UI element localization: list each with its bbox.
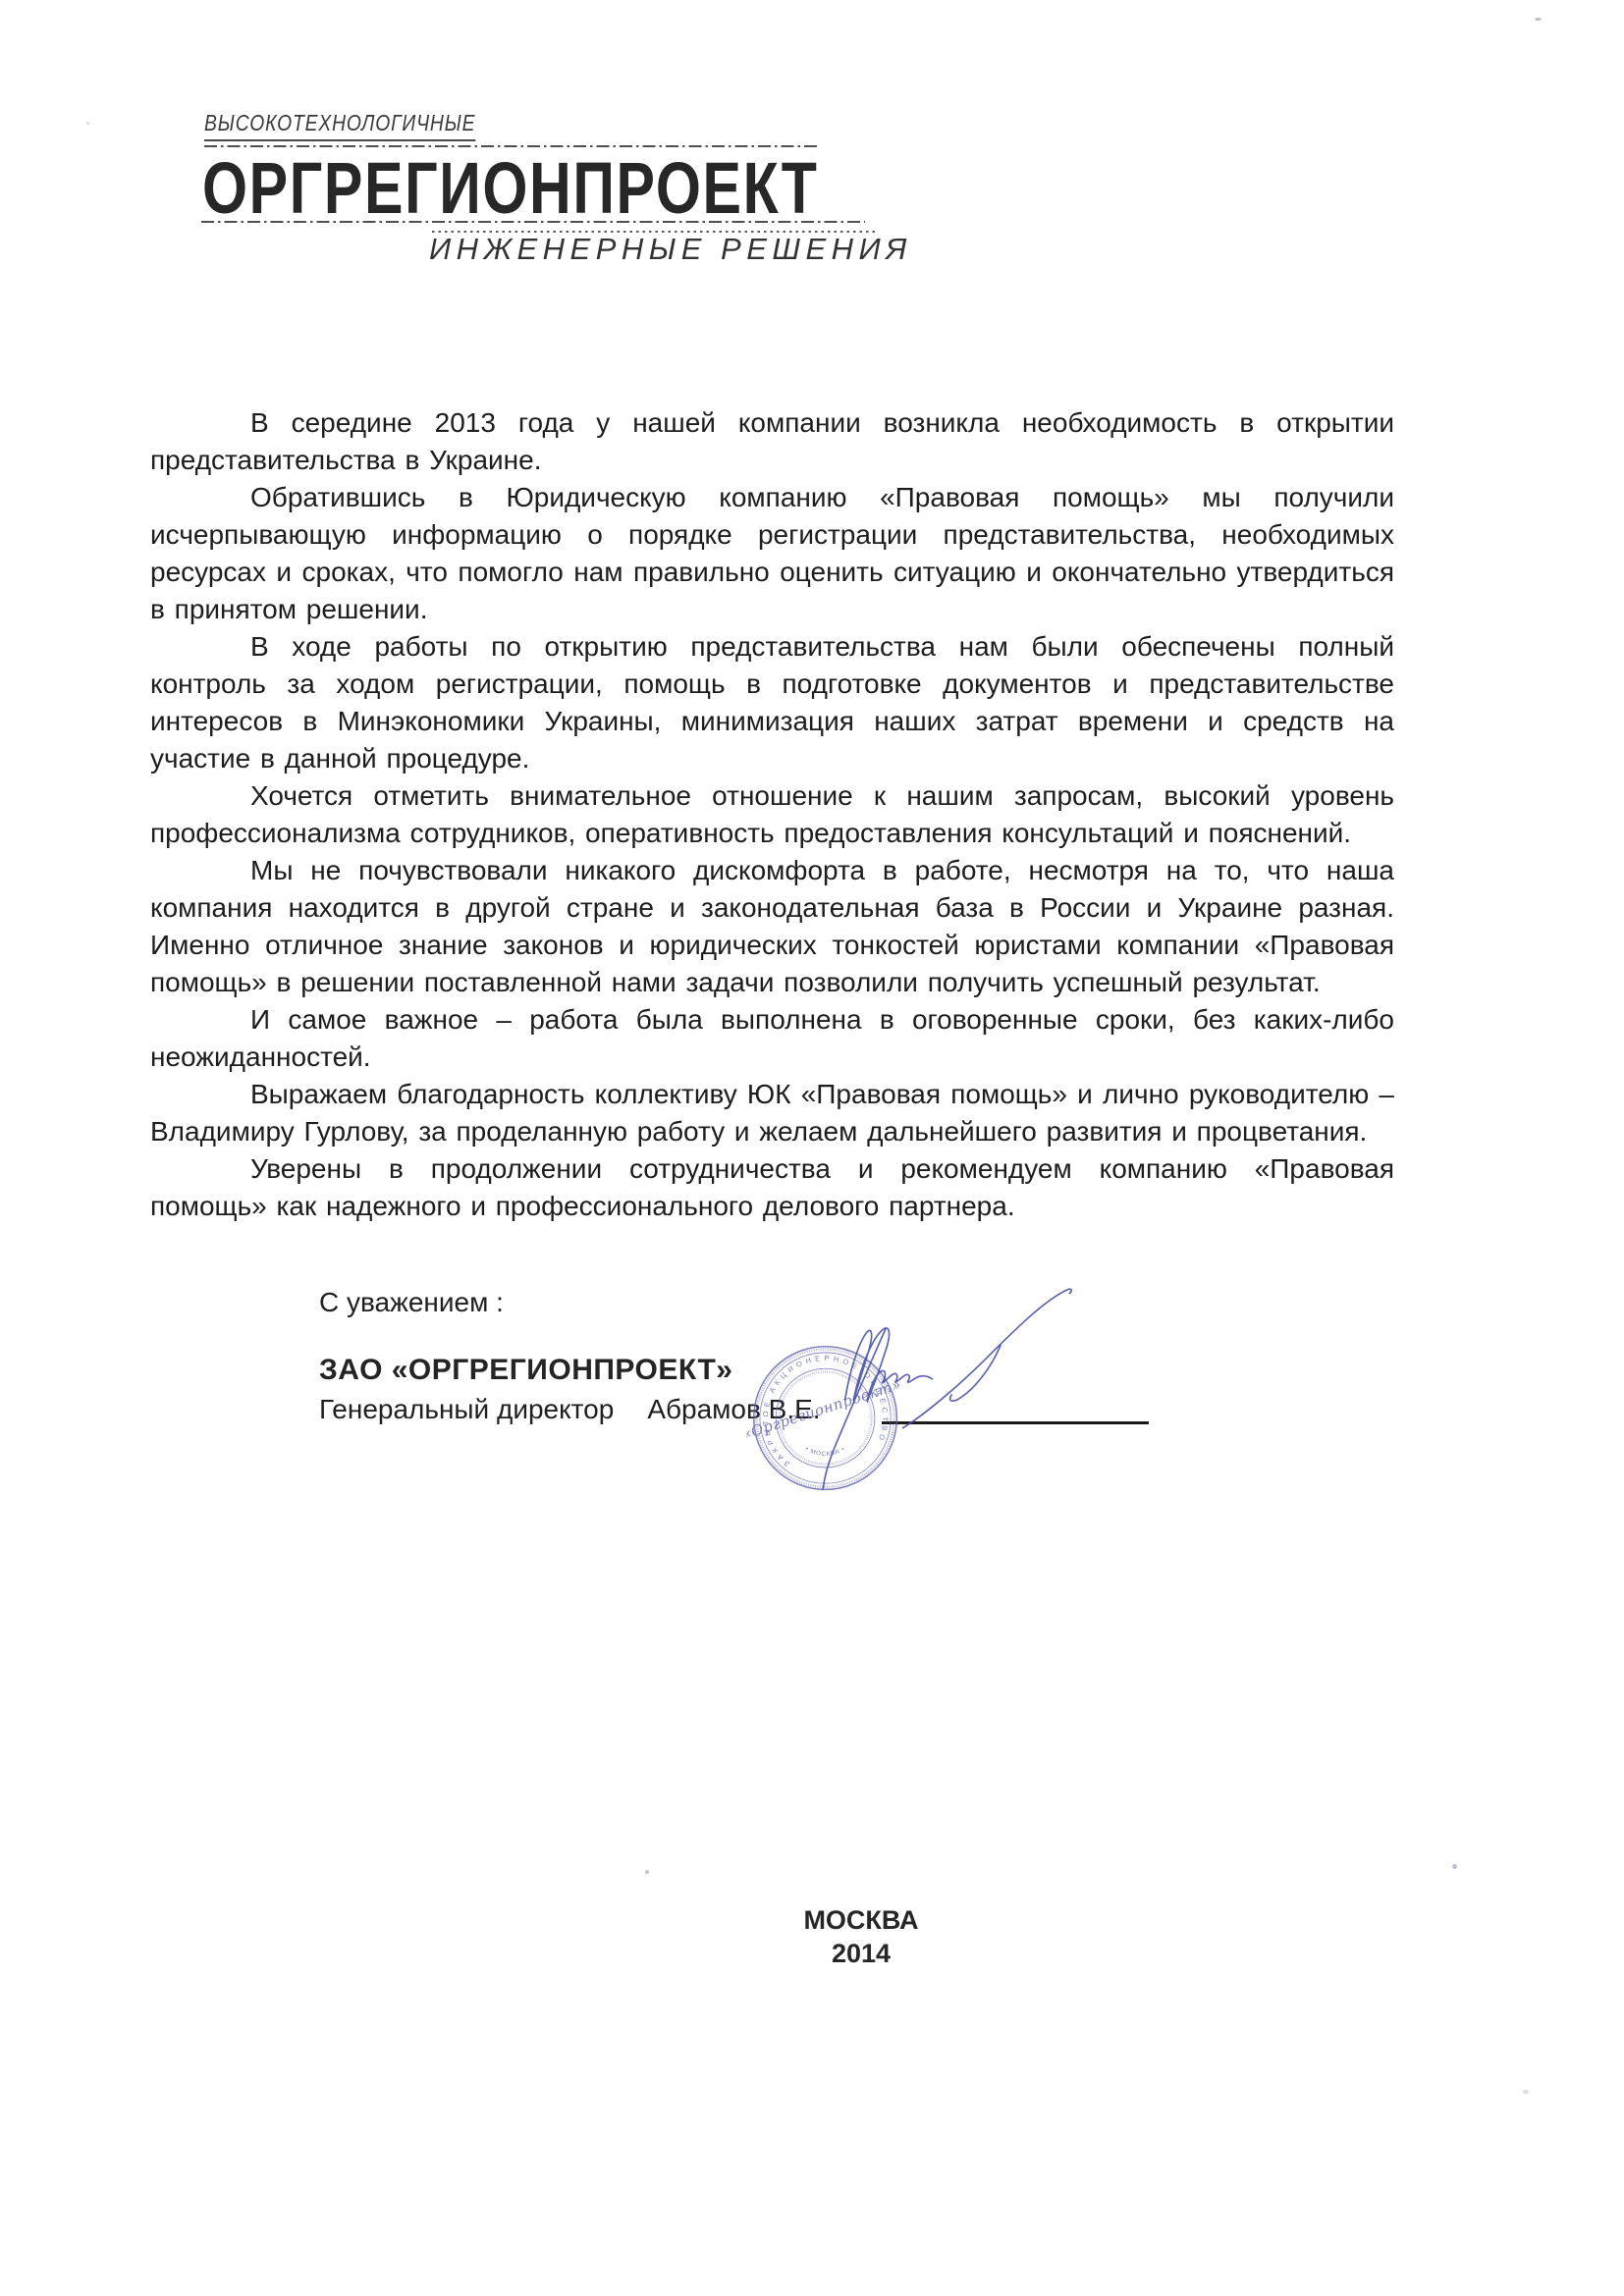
scan-speck xyxy=(1535,18,1542,21)
closing-salutation: С уважением : xyxy=(319,1287,504,1318)
letterhead-divider-bottom xyxy=(201,221,865,223)
letterhead-company-name: ОРГРЕГИОНПРОЕКТ xyxy=(202,152,819,225)
scan-speck xyxy=(1452,1864,1457,1869)
paragraph: В ходе работы по открытию представительс… xyxy=(150,628,1394,777)
footer-city-year: МОСКВА 2014 xyxy=(714,1903,1008,1970)
scan-speck xyxy=(1523,2090,1529,2094)
footer-year: 2014 xyxy=(714,1937,1008,1970)
stamp-and-signature-layer: ЗАКРЫТОЕ АКЦИОНЕРНОЕ ОБЩЕСТВО • МОСКВА •… xyxy=(746,1207,1434,1679)
letter-body: В середине 2013 года у нашей компании во… xyxy=(150,404,1394,1225)
paragraph: Мы не почувствовали никакого дискомфорта… xyxy=(150,852,1394,1001)
paragraph: В середине 2013 года у нашей компании во… xyxy=(150,404,1394,479)
scan-speck xyxy=(86,122,89,125)
letterhead-tagline: ВЫСОКОТЕХНОЛОГИЧНЫЕ xyxy=(204,110,475,141)
stamp-city-text: • МОСКВА • xyxy=(804,1446,846,1458)
scanned-letter-page: ВЫСОКОТЕХНОЛОГИЧНЫЕ ОРГРЕГИОНПРОЕКТ ИНЖЕ… xyxy=(0,0,1624,2296)
paragraph: Хочется отметить внимательное отношение … xyxy=(150,777,1394,852)
paragraph: Выражаем благодарность коллективу ЮК «Пр… xyxy=(150,1076,1394,1150)
scan-speck xyxy=(645,1870,649,1874)
paragraph: Обратившись в Юридическую компанию «Прав… xyxy=(150,479,1394,628)
signatory-line: Генеральный директорАбрамов В.Е. xyxy=(319,1394,821,1425)
signatory-company: ЗАО «ОРГРЕГИОНПРОЕКТ» xyxy=(319,1354,732,1387)
signatory-title: Генеральный директор xyxy=(319,1394,614,1424)
letterhead-subtitle: ИНЖЕНЕРНЫЕ РЕШЕНИЯ xyxy=(429,234,879,264)
footer-city: МОСКВА xyxy=(714,1903,1008,1937)
company-round-stamp: ЗАКРЫТОЕ АКЦИОНЕРНОЕ ОБЩЕСТВО • МОСКВА •… xyxy=(746,1328,914,1508)
paragraph: И самое важное – работа была выполнена в… xyxy=(150,1001,1394,1076)
